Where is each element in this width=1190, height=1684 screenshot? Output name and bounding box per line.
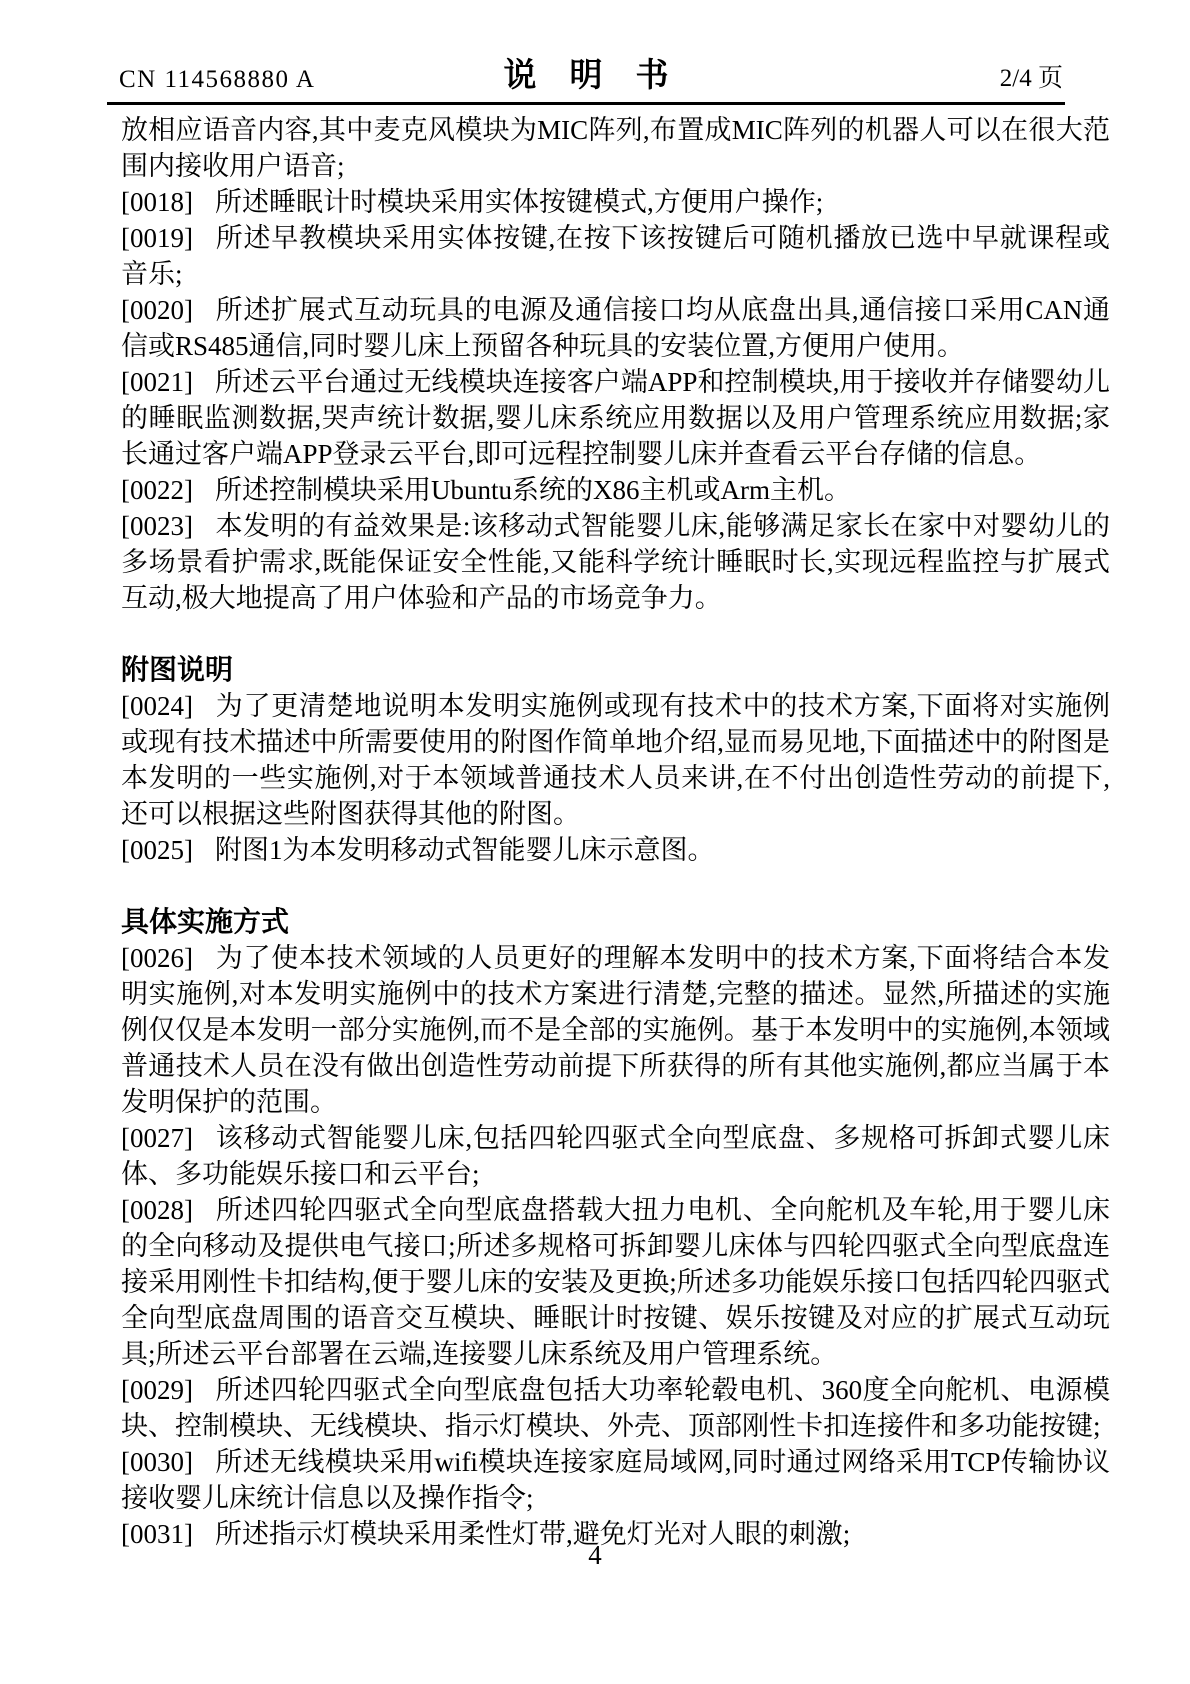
document-body: 放相应语音内容,其中麦克风模块为MIC阵列,布置成MIC阵列的机器人可以在很大范… (121, 112, 1110, 1552)
paragraph-text: 所述无线模块采用wifi模块连接家庭局域网,同时通过网络采用TCP传输协议接收婴… (121, 1447, 1110, 1513)
paragraph-text: 放相应语音内容,其中麦克风模块为MIC阵列,布置成MIC阵列的机器人可以在很大范… (121, 115, 1110, 181)
paragraph-0022: [0022]所述控制模块采用Ubuntu系统的X86主机或Arm主机。 (121, 472, 1110, 508)
paragraph-number: [0019] (121, 220, 215, 256)
page-footer: 4 (0, 1538, 1190, 1572)
paragraph-0030: [0030]所述无线模块采用wifi模块连接家庭局域网,同时通过网络采用TCP传… (121, 1444, 1110, 1516)
paragraph-number: [0026] (121, 940, 215, 976)
paragraph-0026: [0026]为了使本技术领域的人员更好的理解本发明中的技术方案,下面将结合本发明… (121, 940, 1110, 1120)
page-number: 4 (588, 1540, 602, 1570)
paragraph-text: 所述四轮四驱式全向型底盘包括大功率轮毂电机、360度全向舵机、电源模块、控制模块… (121, 1375, 1110, 1441)
paragraph-number: [0022] (121, 472, 215, 508)
paragraph-0028: [0028]所述四轮四驱式全向型底盘搭载大扭力电机、全向舵机及车轮,用于婴儿床的… (121, 1192, 1110, 1372)
paragraph-text: 为了使本技术领域的人员更好的理解本发明中的技术方案,下面将结合本发明实施例,对本… (121, 943, 1110, 1117)
page-header: CN 114568880 A 说 明 书 2/4 页 (107, 0, 1065, 105)
paragraph-0024: [0024]为了更清楚地说明本发明实施例或现有技术中的技术方案,下面将对实施例或… (121, 688, 1110, 832)
paragraph-0027: [0027]该移动式智能婴儿床,包括四轮四驱式全向型底盘、多规格可拆卸式婴儿床体… (121, 1120, 1110, 1192)
paragraph-text: 所述睡眠计时模块采用实体按键模式,方便用户操作; (215, 187, 823, 217)
paragraph-number: [0025] (121, 832, 215, 868)
paragraph-text: 本发明的有益效果是:该移动式智能婴儿床,能够满足家长在家中对婴幼儿的多场景看护需… (121, 511, 1110, 613)
paragraph-text: 该移动式智能婴儿床,包括四轮四驱式全向型底盘、多规格可拆卸式婴儿床体、多功能娱乐… (121, 1123, 1110, 1189)
paragraph-number: [0023] (121, 508, 215, 544)
paragraph-text: 为了更清楚地说明本发明实施例或现有技术中的技术方案,下面将对实施例或现有技术描述… (121, 691, 1110, 829)
paragraph-number: [0024] (121, 688, 215, 724)
paragraph-text: 所述云平台通过无线模块连接客户端APP和控制模块,用于接收并存储婴幼儿的睡眠监测… (121, 367, 1110, 469)
paragraph-text: 所述控制模块采用Ubuntu系统的X86主机或Arm主机。 (215, 475, 851, 505)
paragraph-text: 附图1为本发明移动式智能婴儿床示意图。 (215, 835, 715, 865)
paragraph-text: 所述早教模块采用实体按键,在按下该按键后可随机播放已选中早就课程或音乐; (121, 223, 1110, 289)
paragraph-number: [0021] (121, 364, 215, 400)
patent-document-page: CN 114568880 A 说 明 书 2/4 页 放相应语音内容,其中麦克风… (0, 0, 1190, 1684)
paragraph-number: [0018] (121, 184, 215, 220)
paragraph-number: [0020] (121, 292, 215, 328)
paragraph-text: 所述扩展式互动玩具的电源及通信接口均从底盘出具,通信接口采用CAN通信或RS48… (121, 295, 1110, 361)
paragraph-number: [0028] (121, 1192, 215, 1228)
paragraph-continuation: 放相应语音内容,其中麦克风模块为MIC阵列,布置成MIC阵列的机器人可以在很大范… (121, 112, 1110, 184)
paragraph-0021: [0021]所述云平台通过无线模块连接客户端APP和控制模块,用于接收并存储婴幼… (121, 364, 1110, 472)
paragraph-number: [0029] (121, 1372, 215, 1408)
page-indicator: 2/4 页 (1000, 58, 1063, 94)
paragraph-text: 所述四轮四驱式全向型底盘搭载大扭力电机、全向舵机及车轮,用于婴儿床的全向移动及提… (121, 1195, 1110, 1369)
paragraph-number: [0027] (121, 1120, 215, 1156)
paragraph-0019: [0019]所述早教模块采用实体按键,在按下该按键后可随机播放已选中早就课程或音… (121, 220, 1110, 292)
paragraph-number: [0030] (121, 1444, 215, 1480)
section-heading-figures: 附图说明 (121, 652, 1110, 688)
paragraph-0025: [0025]附图1为本发明移动式智能婴儿床示意图。 (121, 832, 1110, 868)
section-heading-implementation: 具体实施方式 (121, 904, 1110, 940)
document-title: 说 明 书 (107, 49, 1065, 96)
paragraph-0023: [0023]本发明的有益效果是:该移动式智能婴儿床,能够满足家长在家中对婴幼儿的… (121, 508, 1110, 616)
paragraph-0029: [0029]所述四轮四驱式全向型底盘包括大功率轮毂电机、360度全向舵机、电源模… (121, 1372, 1110, 1444)
paragraph-0020: [0020]所述扩展式互动玩具的电源及通信接口均从底盘出具,通信接口采用CAN通… (121, 292, 1110, 364)
paragraph-0018: [0018]所述睡眠计时模块采用实体按键模式,方便用户操作; (121, 184, 1110, 220)
